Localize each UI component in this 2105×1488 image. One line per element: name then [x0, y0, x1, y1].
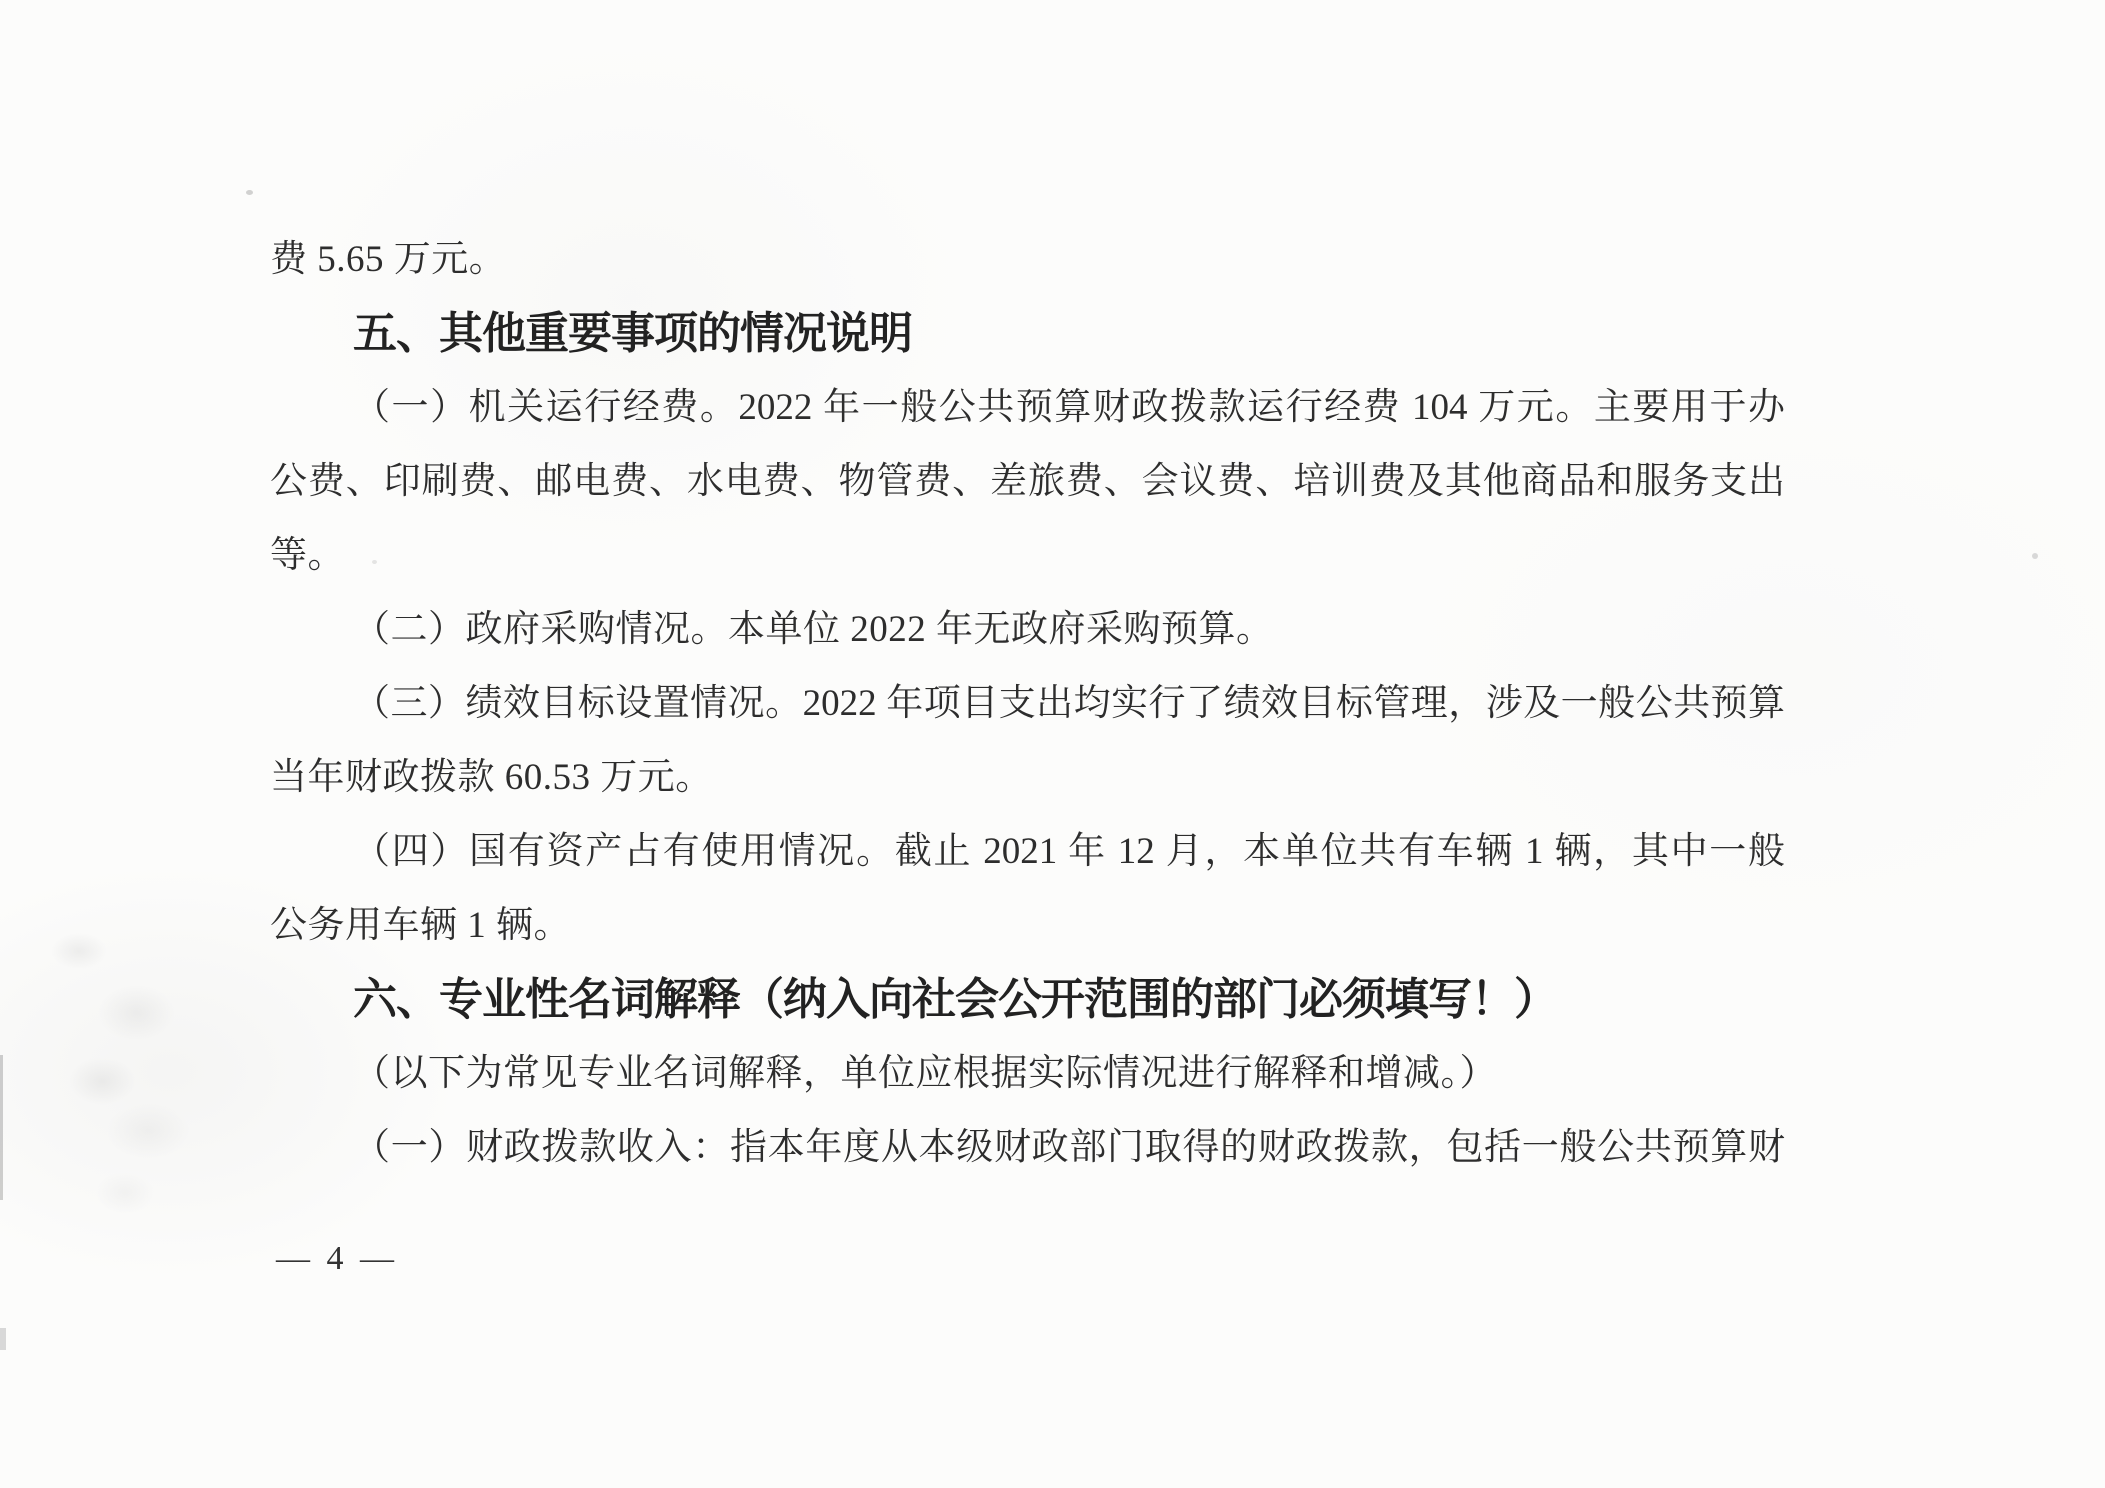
para-prev-page-continuation: 费 5.65 万元。 [270, 223, 1785, 297]
scan-edge-artifact [0, 1328, 6, 1350]
para-fiscal-appropriation-line1: （一）财政拨款收入：指本年度从本级财政部门取得的财政拨款，包括一般公共预算财 [270, 1111, 1785, 1185]
para-performance-targets-line2: 当年财政拨款 60.53 万元。 [270, 741, 1785, 815]
document-page: 费 5.65 万元。 五、其他重要事项的情况说明 （一）机关运行经费。2022 … [0, 0, 2105, 1488]
scan-smudge [10, 920, 240, 1230]
para-operating-expenses-line2: 公费、印刷费、邮电费、水电费、物管费、差旅费、会议费、培训费及其他商品和服务支出 [270, 445, 1785, 519]
heading-other-important-matters: 五、其他重要事项的情况说明 [270, 297, 1785, 371]
para-terminology-note: （以下为常见专业名词解释，单位应根据实际情况进行解释和增减。） [270, 1037, 1785, 1111]
para-state-assets-line2: 公务用车辆 1 辆。 [270, 889, 1785, 963]
para-operating-expenses-line1: （一）机关运行经费。2022 年一般公共预算财政拨款运行经费 104 万元。主要… [270, 371, 1785, 445]
page-number: — 4 — [276, 1240, 398, 1278]
body-text: 费 5.65 万元。 五、其他重要事项的情况说明 （一）机关运行经费。2022 … [270, 223, 1785, 1185]
para-state-assets-line1: （四）国有资产占有使用情况。截止 2021 年 12 月，本单位共有车辆 1 辆… [270, 815, 1785, 889]
scan-edge-artifact [0, 1055, 3, 1200]
scan-speck [246, 190, 253, 195]
heading-terminology-explanation: 六、专业性名词解释（纳入向社会公开范围的部门必须填写！） [270, 963, 1785, 1037]
scan-speck [2032, 553, 2038, 559]
para-operating-expenses-line3: 等。 [270, 519, 1785, 593]
para-performance-targets-line1: （三）绩效目标设置情况。2022 年项目支出均实行了绩效目标管理，涉及一般公共预… [270, 667, 1785, 741]
para-government-procurement: （二）政府采购情况。本单位 2022 年无政府采购预算。 [270, 593, 1785, 667]
